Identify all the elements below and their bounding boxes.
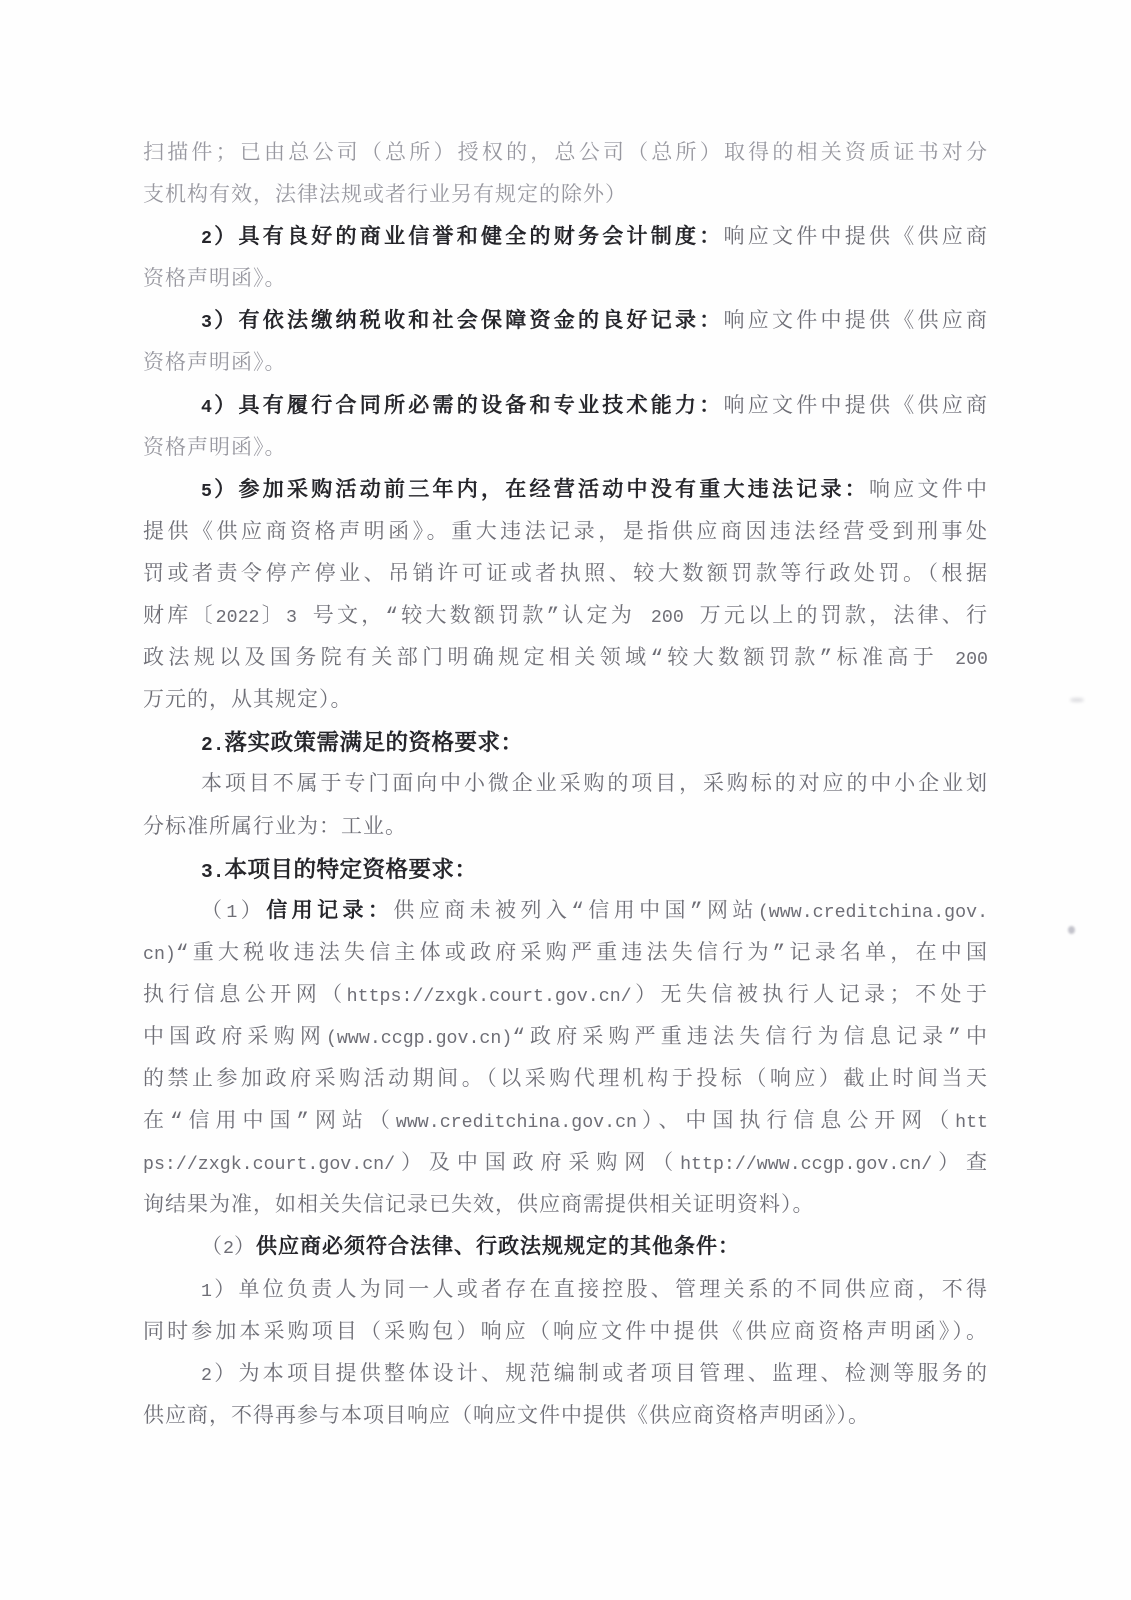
text-line-17: 分标准所属行业为：工业。 (143, 808, 988, 850)
text-line-22: 中国政府采购网(www.ccgp.gov.cn)“政府采购严重违法失信行为信息记… (143, 1018, 988, 1060)
text-line-3: 2）具有良好的商业信誉和健全的财务会计制度：响应文件中提供《供应商 (143, 218, 988, 260)
latin-text: htt (955, 1113, 988, 1133)
text-line-18: 3.本项目的特定资格要求： (143, 850, 988, 892)
text-line-30: 2）为本项目提供整体设计、规范编制或者项目管理、监理、检测等服务的 (143, 1355, 988, 1397)
text-line-14: 万元的，从其规定）。 (143, 681, 988, 723)
text-segment: 3.本项目的特定资格要求： (201, 858, 478, 884)
latin-text: 2 (201, 229, 212, 249)
text-line-5: 3）有依法缴纳税收和社会保障资金的良好记录：响应文件中提供《供应商 (143, 302, 988, 344)
latin-text: 1 (226, 903, 237, 923)
text-segment: 的禁止参加政府采购活动期间。（以采购代理机构于投标（响应）截止时间当天 (143, 1069, 988, 1092)
text-line-25: ps://zxgk.court.gov.cn/）及中国政府采购网（http://… (143, 1144, 988, 1186)
text-line-23: 的禁止参加政府采购活动期间。（以采购代理机构于投标（响应）截止时间当天 (143, 1060, 988, 1102)
text-segment: 供应商必须符合法律、行政法规规定的其他条件： (256, 1237, 740, 1260)
text-segment: （2） (201, 1237, 256, 1260)
latin-text: ps://zxgk.court.gov.cn/ (143, 1155, 395, 1175)
latin-text: 200 (955, 650, 988, 670)
text-segment: 资格声明函》。 (143, 269, 287, 292)
text-line-27: （2）供应商必须符合法律、行政法规规定的其他条件： (143, 1228, 988, 1270)
latin-text: http://www.ccgp.gov.cn/ (680, 1155, 932, 1175)
text-line-29: 同时参加本采购项目（采购包）响应（响应文件中提供《供应商资格声明函》）。 (143, 1313, 988, 1355)
scanned-document-page: 扫描件；已由总公司（总所）授权的，总公司（总所）取得的相关资质证书对分支机构有效… (0, 0, 1131, 1600)
latin-text: 200 (651, 608, 684, 628)
latin-text: (www.creditchina.gov. (758, 903, 988, 923)
text-segment: 本项目不属于专门面向中小微企业采购的项目，采购标的对应的中小企业划 (201, 774, 988, 797)
text-segment: 支机构有效，法律法规或者行业另有规定的除外） (143, 185, 627, 208)
text-segment: 4）具有履行合同所必需的设备和专业技术能力： (201, 396, 724, 419)
latin-text: 2 (223, 1239, 234, 1259)
text-segment: 2）为本项目提供整体设计、规范编制或者项目管理、监理、检测等服务的 (201, 1364, 988, 1387)
text-segment: 询结果为准，如相关失信记录已失效，供应商需提供相关证明资料）。 (143, 1195, 815, 1218)
text-segment: 万元的，从其规定）。 (143, 690, 353, 713)
latin-text: 5 (201, 482, 212, 502)
text-segment: 1）单位负责人为同一人或者存在直接控股、管理关系的不同供应商，不得 (201, 1280, 988, 1303)
text-line-28: 1）单位负责人为同一人或者存在直接控股、管理关系的不同供应商，不得 (143, 1271, 988, 1313)
text-segment: 5）参加采购活动前三年内，在经营活动中没有重大违法记录： (201, 480, 869, 503)
text-line-4: 资格声明函》。 (143, 260, 988, 302)
text-segment: （1） (201, 901, 266, 924)
text-segment: 罚或者责令停产停业、吊销许可证或者执照、较大数额罚款等行政处罚。（根据 (143, 564, 988, 587)
text-segment: 政法规以及国务院有关部门明确规定相关领域“较大数额罚款”标准高于 200 (143, 648, 988, 671)
text-segment: 执行信息公开网（https://zxgk.court.gov.cn/）无失信被执… (143, 985, 988, 1008)
text-segment: 同时参加本采购项目（采购包）响应（响应文件中提供《供应商资格声明函》）。 (143, 1322, 988, 1345)
text-segment: 在“信用中国”网站（www.creditchina.gov.cn）、中国执行信息… (143, 1111, 988, 1134)
text-segment: 扫描件；已由总公司（总所）授权的，总公司（总所）取得的相关资质证书对分 (143, 143, 988, 166)
text-line-16: 本项目不属于专门面向中小微企业采购的项目，采购标的对应的中小企业划 (143, 765, 988, 807)
text-segment: 资格声明函》。 (143, 438, 287, 461)
text-segment: 2.落实政策需满足的资格要求： (201, 731, 524, 757)
document-text-block: 扫描件；已由总公司（总所）授权的，总公司（总所）取得的相关资质证书对分支机构有效… (143, 134, 988, 1439)
text-line-31: 供应商，不得再参与本项目响应（响应文件中提供《供应商资格声明函》）。 (143, 1397, 988, 1439)
latin-text: 3 (286, 608, 297, 628)
text-segment: 中国政府采购网(www.ccgp.gov.cn)“政府采购严重违法失信行为信息记… (143, 1027, 988, 1050)
text-line-10: 提供《供应商资格声明函》。重大违法记录，是指供应商因违法经营受到刑事处 (143, 513, 988, 555)
text-segment: 响应文件中 (869, 480, 988, 503)
latin-text: cn) (143, 945, 176, 965)
latin-text: 2022 (216, 608, 260, 628)
text-segment: ps://zxgk.court.gov.cn/）及中国政府采购网（http://… (143, 1153, 988, 1176)
text-line-15: 2.落实政策需满足的资格要求： (143, 723, 988, 765)
text-segment: 响应文件中提供《供应商 (724, 311, 989, 334)
latin-text: 4 (201, 398, 212, 418)
text-line-6: 资格声明函》。 (143, 344, 988, 386)
text-line-13: 政法规以及国务院有关部门明确规定相关领域“较大数额罚款”标准高于 200 (143, 639, 988, 681)
text-line-24: 在“信用中国”网站（www.creditchina.gov.cn）、中国执行信息… (143, 1102, 988, 1144)
scan-artifact (1068, 926, 1075, 934)
latin-text: 3. (201, 861, 224, 883)
latin-text: 2 (201, 1366, 212, 1386)
text-segment: cn)“重大税收违法失信主体或政府采购严重违法失信行为”记录名单，在中国 (143, 943, 988, 966)
text-line-26: 询结果为准，如相关失信记录已失效，供应商需提供相关证明资料）。 (143, 1186, 988, 1228)
text-segment: 响应文件中提供《供应商 (724, 227, 989, 250)
text-segment: 供应商，不得再参与本项目响应（响应文件中提供《供应商资格声明函》）。 (143, 1406, 870, 1429)
text-line-19: （1）信用记录：供应商未被列入“信用中国”网站(www.creditchina.… (143, 892, 988, 934)
text-segment: 财库〔2022〕3 号文，“较大数额罚款”认定为 200 万元以上的罚款，法律、… (143, 606, 988, 629)
latin-text: 2. (201, 734, 224, 756)
text-line-12: 财库〔2022〕3 号文，“较大数额罚款”认定为 200 万元以上的罚款，法律、… (143, 597, 988, 639)
text-segment: 3）有依法缴纳税收和社会保障资金的良好记录： (201, 311, 724, 334)
text-segment: 信用记录： (266, 901, 393, 924)
text-segment: 提供《供应商资格声明函》。重大违法记录，是指供应商因违法经营受到刑事处 (143, 522, 988, 545)
text-line-20: cn)“重大税收违法失信主体或政府采购严重违法失信行为”记录名单，在中国 (143, 934, 988, 976)
text-line-21: 执行信息公开网（https://zxgk.court.gov.cn/）无失信被执… (143, 976, 988, 1018)
text-line-7: 4）具有履行合同所必需的设备和专业技术能力：响应文件中提供《供应商 (143, 387, 988, 429)
latin-text: (www.ccgp.gov.cn) (326, 1029, 512, 1049)
scan-artifact (1070, 698, 1084, 702)
text-line-9: 5）参加采购活动前三年内，在经营活动中没有重大违法记录：响应文件中 (143, 471, 988, 513)
text-segment: 供应商未被列入“信用中国”网站(www.creditchina.gov. (393, 901, 988, 924)
text-segment: 响应文件中提供《供应商 (724, 396, 989, 419)
text-segment: 2）具有良好的商业信誉和健全的财务会计制度： (201, 227, 724, 250)
latin-text: https://zxgk.court.gov.cn/ (347, 987, 632, 1007)
text-line-11: 罚或者责令停产停业、吊销许可证或者执照、较大数额罚款等行政处罚。（根据 (143, 555, 988, 597)
latin-text: www.creditchina.gov.cn (396, 1113, 637, 1133)
text-line-8: 资格声明函》。 (143, 429, 988, 471)
text-segment: 分标准所属行业为：工业。 (143, 817, 407, 840)
text-segment: 资格声明函》。 (143, 353, 287, 376)
text-line-1: 扫描件；已由总公司（总所）授权的，总公司（总所）取得的相关资质证书对分 (143, 134, 988, 176)
latin-text: 1 (201, 1282, 212, 1302)
latin-text: 3 (201, 313, 212, 333)
text-line-2: 支机构有效，法律法规或者行业另有规定的除外） (143, 176, 988, 218)
